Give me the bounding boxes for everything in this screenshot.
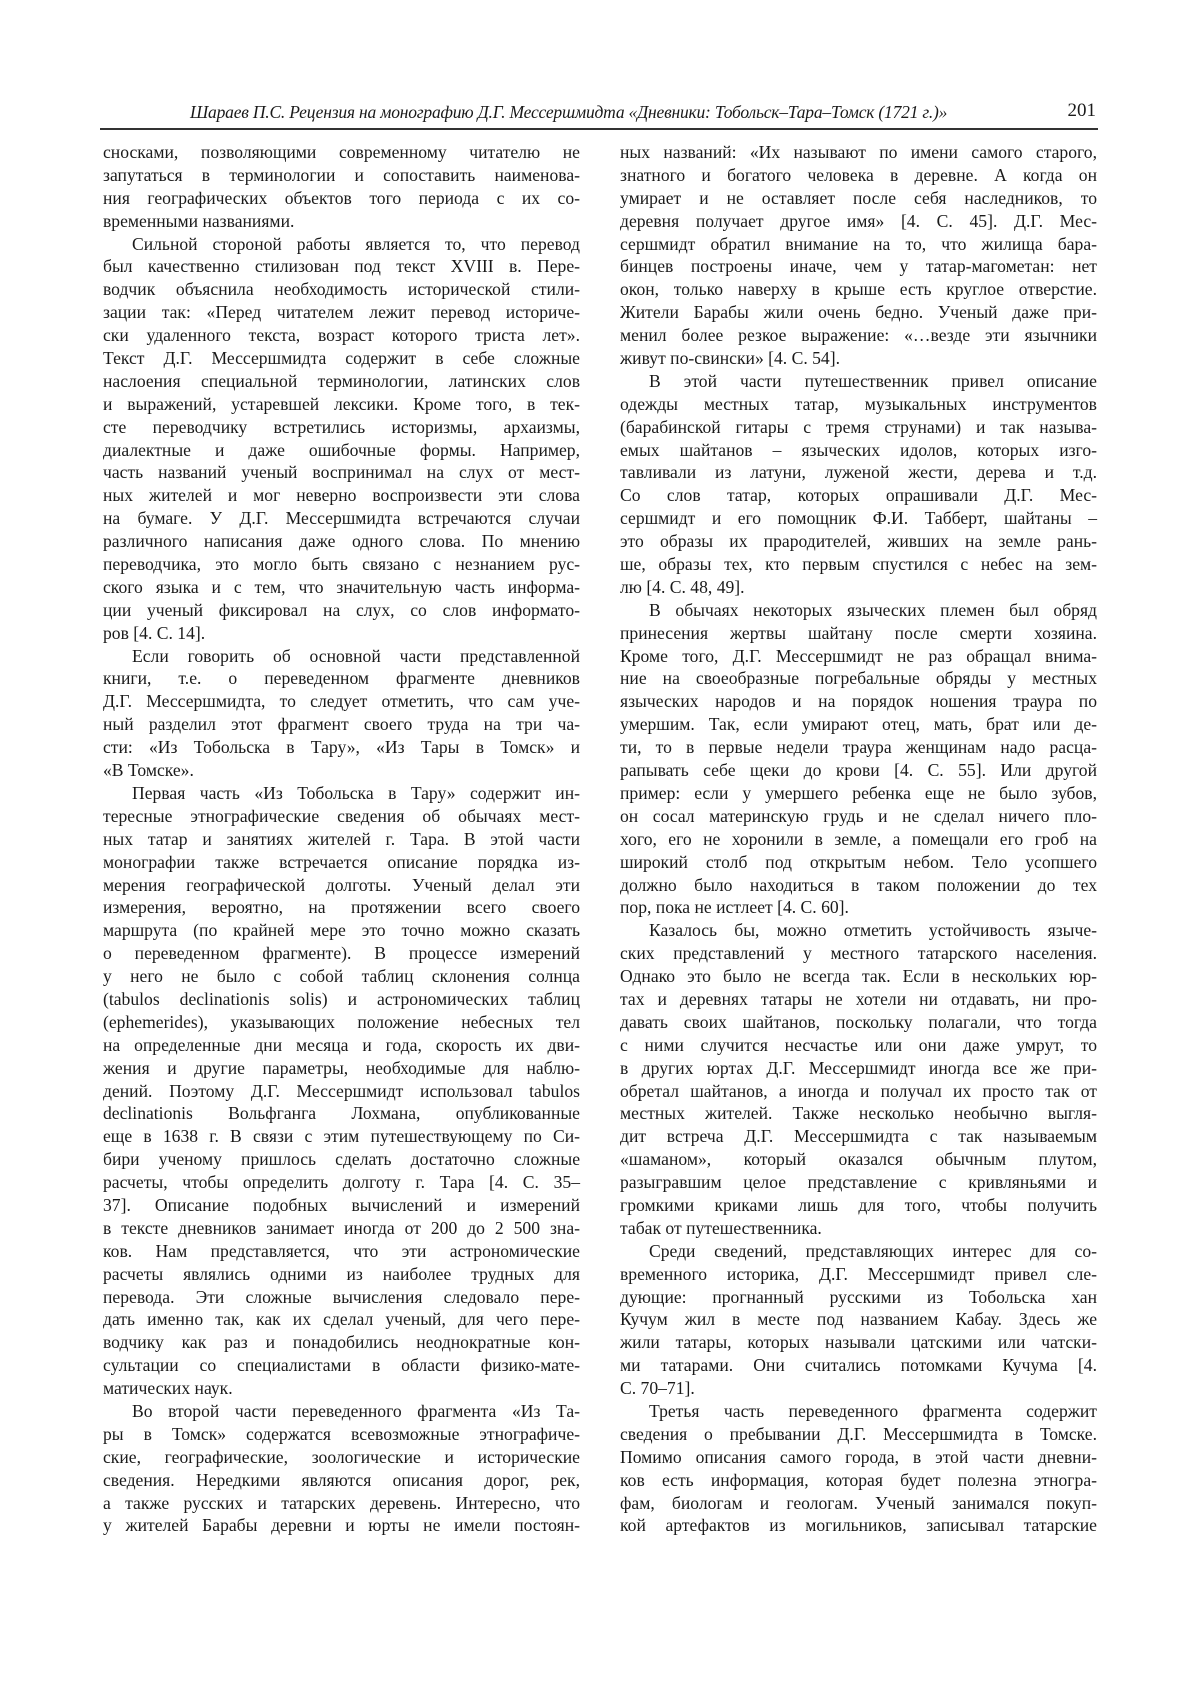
text-line: Сильной стороной работы является то, что… [103,233,580,256]
text-line: «В Томске». [103,759,580,782]
text-line: Однако это было не всегда так. Если в не… [620,965,1097,988]
text-line: сте переводчику встретились историзмы, а… [103,416,580,439]
text-line: ров [4. С. 14]. [103,622,580,645]
text-line: ти, то в первые недели траура женщинам н… [620,736,1097,759]
text-line: declinationis Вольфганга Лохмана, опубли… [103,1102,580,1125]
text-line: на бумаге. У Д.Г. Мессершмидта встречают… [103,507,580,530]
text-line: В обычаях некоторых языческих племен был… [620,599,1097,622]
text-line: запутаться в терминологии и сопоставить … [103,164,580,187]
text-line: зации так: «Перед читателем лежит перево… [103,301,580,324]
text-line: матических наук. [103,1377,580,1400]
text-line: в тексте дневников занимает иногда от 20… [103,1217,580,1240]
text-line: переводчика, это могло быть связано с не… [103,553,580,576]
text-line: перевода. Эти сложные вычисления следова… [103,1286,580,1309]
text-column-right: ных названий: «Их называют по имени само… [620,141,1097,1537]
text-line: ские, географические, зоологические и ис… [103,1446,580,1469]
text-line: о переведенном фрагменте). В процессе из… [103,942,580,965]
text-line: обретал шайтанов, а иногда и получал их … [620,1080,1097,1103]
text-line: давать своих шайтанов, поскольку полагал… [620,1011,1097,1034]
text-line: водчик объяснила необходимость историчес… [103,278,580,301]
text-line: Третья часть переведенного фрагмента сод… [620,1400,1097,1423]
text-line: временного историка, Д.Г. Мессершмидт пр… [620,1263,1097,1286]
text-line: расчеты являлись одними из наиболее труд… [103,1263,580,1286]
text-line: Текст Д.Г. Мессершмидта содержит в себе … [103,347,580,370]
text-line: ции ученый фиксировал на слух, со слов и… [103,599,580,622]
text-line: Помимо описания самого города, в этой ча… [620,1446,1097,1469]
text-line: ние на своеобразные погребальные обряды … [620,667,1097,690]
text-line: сведения о пребывании Д.Г. Мессершмидта … [620,1423,1097,1446]
text-line: В этой части путешественник привел описа… [620,370,1097,393]
text-line: умирает и не оставляет после себя наслед… [620,187,1097,210]
text-line: лю [4. С. 48, 49]. [620,576,1097,599]
text-line: наслоения специальной терминологии, лати… [103,370,580,393]
text-line: жения и другие параметры, необходимые дл… [103,1057,580,1080]
text-line: емых шайтанов – языческих идолов, которы… [620,439,1097,462]
text-line: тавливали из латуни, луженой жести, дере… [620,461,1097,484]
text-line: табак от путешественника. [620,1217,1097,1240]
text-line: Д.Г. Мессершмидта, то следует отметить, … [103,690,580,713]
text-line: сершмидт и его помощник Ф.И. Табберт, ша… [620,507,1097,530]
text-line: у жителей Барабы деревни и юрты не имели… [103,1514,580,1537]
text-line: ры в Томск» содержатся всевозможные этно… [103,1423,580,1446]
text-line: знатного и богатого человека в деревне. … [620,164,1097,187]
text-line: Среди сведений, представляющих интерес д… [620,1240,1097,1263]
text-column-left: сносками, позволяющими современному чита… [103,141,580,1537]
text-line: различного написания даже одного слова. … [103,530,580,553]
text-line: бинцев построены иначе, чем у татар-маго… [620,255,1097,278]
text-line: сти: «Из Тобольска в Тару», «Из Тары в Т… [103,736,580,759]
text-line: широкий столб под открытым небом. Тело у… [620,851,1097,874]
text-line: должно было находиться в таком положении… [620,874,1097,897]
text-line: он сосал материнскую грудь и не сделал н… [620,805,1097,828]
text-line: менил более резкое выражение: «…везде эт… [620,324,1097,347]
text-line: на определенные дни месяца и года, скоро… [103,1034,580,1057]
text-line: жили татары, которых называли цатскими и… [620,1331,1097,1354]
text-line: (ephemerides), указывающих положение неб… [103,1011,580,1034]
text-line: ков есть информация, которая будет полез… [620,1469,1097,1492]
text-line: ных названий: «Их называют по имени само… [620,141,1097,164]
text-line: (tabulos declinationis solis) и астроном… [103,988,580,1011]
text-line: ского языка и с тем, что значительную ча… [103,576,580,599]
text-line: тересные этнографические сведения об обы… [103,805,580,828]
text-line: ных жителей и мог неверно воспроизвести … [103,484,580,507]
text-line: еще в 1638 г. В связи с этим путешествую… [103,1125,580,1148]
text-line: дений. Поэтому Д.Г. Мессершмидт использо… [103,1080,580,1103]
text-line: мерения географической долготы. Ученый д… [103,874,580,897]
text-line: это образы их прародителей, живших на зе… [620,530,1097,553]
text-line: книги, т.е. о переведенном фрагменте дне… [103,667,580,690]
text-line: дит встреча Д.Г. Мессершмидта с так назы… [620,1125,1097,1148]
text-line: тах и деревнях татары не хотели ни отдав… [620,988,1097,1011]
text-line: водчику как раз и понадобились неоднокра… [103,1331,580,1354]
text-line: хого, его не хоронили в земле, а помещал… [620,828,1097,851]
text-line: (барабинской гитары с тремя струнами) и … [620,416,1097,439]
text-line: ских представлений у местного татарского… [620,942,1097,965]
text-line: местных жителей. Также несколько необычн… [620,1102,1097,1125]
text-line: сультации со специалистами в области физ… [103,1354,580,1377]
text-line: расчеты, чтобы определить долготу г. Тар… [103,1171,580,1194]
text-line: ков. Нам представляется, что эти астроно… [103,1240,580,1263]
text-line: языческих народов и на порядок ношения т… [620,690,1097,713]
text-line: Казалось бы, можно отметить устойчивость… [620,919,1097,942]
text-line: фам, биологам и геологам. Ученый занимал… [620,1492,1097,1515]
text-line: одежды местных татар, музыкальных инстру… [620,393,1097,416]
page-number: 201 [1068,100,1097,122]
text-line: 37]. Описание подобных вычислений и изме… [103,1194,580,1217]
text-line: монографии также встречается описание по… [103,851,580,874]
text-line: маршрута (по крайней мере это точно можн… [103,919,580,942]
text-line: с ними случится несчастье или они даже у… [620,1034,1097,1057]
text-line: временными названиями. [103,210,580,233]
text-line: дующие: прогнанный русскими из Тобольска… [620,1286,1097,1309]
text-line: сносками, позволяющими современному чита… [103,141,580,164]
text-line: живут по-свински» [4. С. 54]. [620,347,1097,370]
text-line: сершмидт обратил внимание на то, что жил… [620,233,1097,256]
text-line: громкими криками лишь для того, чтобы по… [620,1194,1097,1217]
text-line: кой артефактов из могильников, записывал… [620,1514,1097,1537]
text-line: часть названий ученый воспринимал на слу… [103,461,580,484]
text-line: принесения жертвы шайтану после смерти х… [620,622,1097,645]
text-line: у него не было с собой таблиц склонения … [103,965,580,988]
text-line: Кучум жил в месте под названием Кабау. З… [620,1308,1097,1331]
running-title: Шараев П.С. Рецензия на монографию Д.Г. … [190,102,947,123]
text-line: Кроме того, Д.Г. Мессершмидт не раз обра… [620,645,1097,668]
text-line: рапывать себе щеки до крови [4. С. 55]. … [620,759,1097,782]
text-line: Жители Барабы жили очень бедно. Ученый д… [620,301,1097,324]
text-line: в других юртах Д.Г. Мессершмидт иногда в… [620,1057,1097,1080]
text-line: ный разделил этот фрагмент своего труда … [103,713,580,736]
text-line: разыгравшим целое представление с кривля… [620,1171,1097,1194]
text-line: Во второй части переведенного фрагмента … [103,1400,580,1423]
text-line: диалектные и даже ошибочные формы. Напри… [103,439,580,462]
text-line: умершим. Так, если умирают отец, мать, б… [620,713,1097,736]
text-line: бири ученому пришлось сделать достаточно… [103,1148,580,1171]
text-line: ски удаленного текста, возраст которого … [103,324,580,347]
text-line: деревня получает другое имя» [4. С. 45].… [620,210,1097,233]
text-line: и выражений, устаревшей лексики. Кроме т… [103,393,580,416]
text-line: сведения. Нередкими являются описания до… [103,1469,580,1492]
text-line: а также русских и татарских деревень. Ин… [103,1492,580,1515]
text-line: измерения, вероятно, на протяжении всего… [103,896,580,919]
text-line: пример: если у умершего ребенка еще не б… [620,782,1097,805]
text-line: Если говорить об основной части представ… [103,645,580,668]
text-line: С. 70–71]. [620,1377,1097,1400]
text-line: дать именно так, как их сделал ученый, д… [103,1308,580,1331]
text-line: Первая часть «Из Тобольска в Тару» содер… [103,782,580,805]
text-line: ных татар и занятиях жителей г. Тара. В … [103,828,580,851]
text-line: ше, образы тех, кто первым спустился с н… [620,553,1097,576]
text-line: был качественно стилизован под текст XVI… [103,255,580,278]
text-line: пор, пока не истлеет [4. С. 60]. [620,896,1097,919]
text-line: «шаманом», который оказался обычным плут… [620,1148,1097,1171]
text-line: Со слов татар, которых опрашивали Д.Г. М… [620,484,1097,507]
text-line: окон, только наверху в крыше есть кругло… [620,278,1097,301]
running-header: Шараев П.С. Рецензия на монографию Д.Г. … [100,100,1098,130]
text-line: ния географических объектов того периода… [103,187,580,210]
text-line: ми татарами. Они считались потомками Куч… [620,1354,1097,1377]
